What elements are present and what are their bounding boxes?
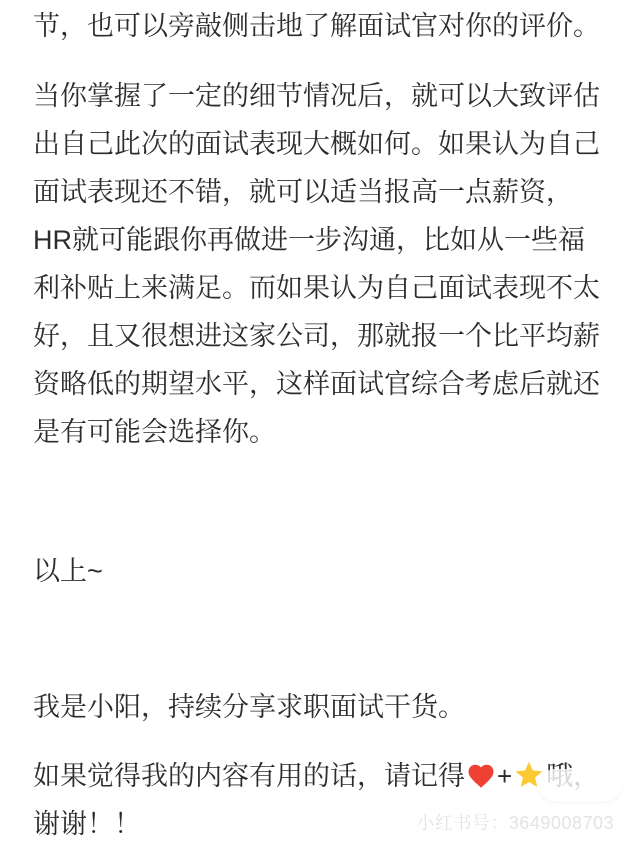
plus-text: + — [497, 752, 512, 800]
text-line: 节，也可以旁敲侧击地了解面试官对你的评价。 — [33, 2, 613, 50]
text-line: HR就可能跟你再做进一步沟通，比如从一些福 — [33, 216, 613, 264]
text-line: 利补贴上来满足。而如果认为自己面试表现不太 — [33, 264, 613, 312]
paragraph-closing: 以上~ — [33, 547, 613, 595]
red-heart-icon — [466, 761, 496, 791]
text-line: 是有可能会选择你。 — [33, 408, 613, 456]
text-line: 出自己此次的面试表现大概如何。如果认为自己 — [33, 120, 613, 168]
paragraph-evaluation-intro: 节，也可以旁敲侧击地了解面试官对你的评价。 — [33, 2, 613, 50]
xiaohongshu-id-watermark: 小红书号：3649008703 — [416, 812, 614, 834]
paragraph-author-intro: 我是小阳，持续分享求职面试干货。 — [33, 683, 613, 731]
text-line: 当你掌握了一定的细节情况后，就可以大致评估 — [33, 72, 613, 120]
text-line: 面试表现还不错，就可以适当报高一点薪资， — [33, 168, 613, 216]
paragraph-salary-advice: 当你掌握了一定的细节情况后，就可以大致评估 出自己此次的面试表现大概如何。如果认… — [33, 72, 613, 456]
note-screenshot: 节，也可以旁敲侧击地了解面试官对你的评价。 当你掌握了一定的细节情况后，就可以大… — [0, 0, 639, 853]
note-body-text: 节，也可以旁敲侧击地了解面试官对你的评价。 当你掌握了一定的细节情况后，就可以大… — [0, 0, 639, 848]
text-line: 资略低的期望水平，这样面试官综合考虑后就还 — [33, 360, 613, 408]
text-line: 以上~ — [33, 547, 613, 595]
text-line: 好，且又很想进这家公司，那就报一个比平均薪 — [33, 312, 613, 360]
text-line: 我是小阳，持续分享求职面试干货。 — [33, 683, 613, 731]
text-line-with-emoji: 如果觉得我的内容有用的话，请记得+哦， — [33, 752, 613, 800]
watermark-blur-box — [539, 769, 621, 801]
text-segment: 如果觉得我的内容有用的话，请记得 — [33, 761, 465, 791]
